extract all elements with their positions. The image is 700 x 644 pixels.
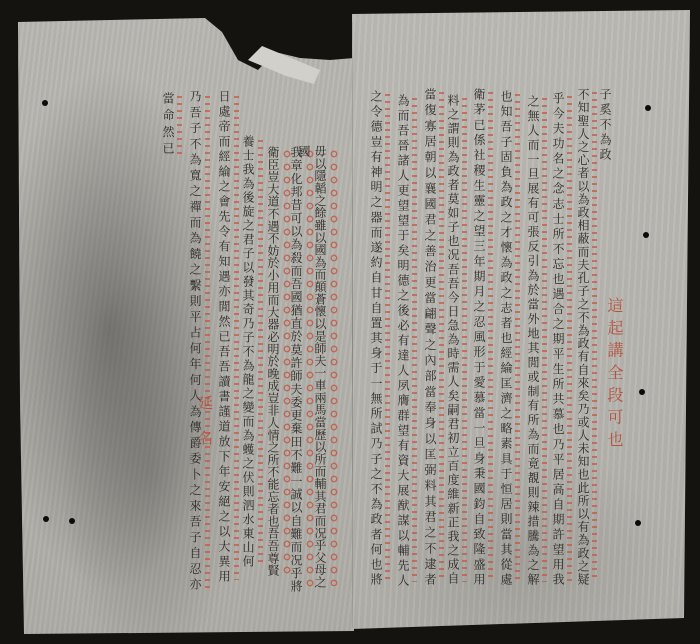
binding-hole [643,232,649,238]
binding-hole [639,389,645,395]
red-emphasis-marks [592,92,597,582]
text-column: 當命然已 [160,92,176,154]
red-emphasis-marks [439,92,444,582]
red-circle-marks [330,150,338,586]
red-marginal-comment: 這起講全段可也 [604,297,624,447]
red-emphasis-marks [515,94,520,582]
red-marginal-comment: 延名 [197,395,215,445]
text-column: 也知吾子固負為政之才懷為政之志者也經綸匡濟之略素具于恒居則當其從處 [498,90,514,585]
red-emphasis-marks [567,96,572,582]
text-column: 乃吾子不為寬之禪而為饒之繫則平占何年何人為傳爵委卜之來吾子自忍亦 [187,90,203,590]
text-column: 衛臣豈大道不遇不妨於小用而大器必明於晚成豈非人情之所不能忘者也吾吾尊賢 [265,146,281,576]
text-column: 日處帝而經綸之會先令有知遇亦閒然已吾吾讀書謹道放下年安絕之以大異用 [216,90,232,582]
binding-hole [69,518,75,524]
red-emphasis-marks [177,96,182,156]
binding-hole [43,516,49,522]
red-emphasis-marks [488,92,493,582]
binding-hole [42,100,48,106]
red-emphasis-marks [234,96,239,580]
text-column: 養士我為後旋之君子以發其奇乃子不為龍之變而為蠖之伏則泗水東山何 [240,135,256,567]
binding-hole [645,105,651,111]
text-column: 我章化邦昔可以為殺而吾國猶直於莫許師夫委更棄田不難一誠以自難而况乎將 [288,146,304,592]
text-column: 之令德豈有神明之器而遂約自甘自置其身于一無所試乃子之不為政者何也將 [368,90,384,585]
topic-heading: 子奚不為政 [597,88,613,160]
red-emphasis-marks [205,96,210,588]
text-column: 當復寡居朝以襄國君之善治更當翩聲之內部當奉身以匡弼料其君之不逮者 [422,88,438,585]
red-emphasis-marks [258,140,263,566]
text-column: 毋以隱韜之餘雖以國為而顛蒼懷以是師夫一車兩馬當歷以所而輔其君而况乎父母之國 [312,145,328,588]
page-fold [352,22,353,628]
red-emphasis-marks [542,98,547,582]
binding-hole [635,520,641,526]
red-emphasis-marks [412,98,417,582]
red-emphasis-marks [462,98,467,582]
text-column: 衛茅已係社稷生靈之望三年期月之忍風形于愛慕當一旦身秉國鈞自致隆盛用 [471,88,487,585]
text-column: 乎今夫功名之念志士所不忘也遇合之期平生所共慕也乃平居高自期許望用我 [550,92,566,585]
text-column: 料之謂則為政者莫如子也况吾吾今日急為時需人矣嗣君初立百度維新正我之成自 [445,94,461,584]
text-column: 為而吾晉諸人更望望于矣明德之後必有達人夙膺群望有資大展猷謀以輔先人 [395,94,411,586]
manuscript-photo: 子奚不為政 不知聖人之心者以為政相蔽而夫孔子之不為政有自來矣乃或人未知也此所以有… [0,0,700,644]
red-emphasis-marks [385,94,390,582]
text-column: 之無人而一旦展有可張反引為於當外地其閒或制有所為而竟覩則辣措騰為之解 [525,95,541,585]
text-column: 不知聖人之心者以為政相蔽而夫孔子之不為政有自來矣乃或人未知也此所以有為政之疑 [575,88,591,585]
